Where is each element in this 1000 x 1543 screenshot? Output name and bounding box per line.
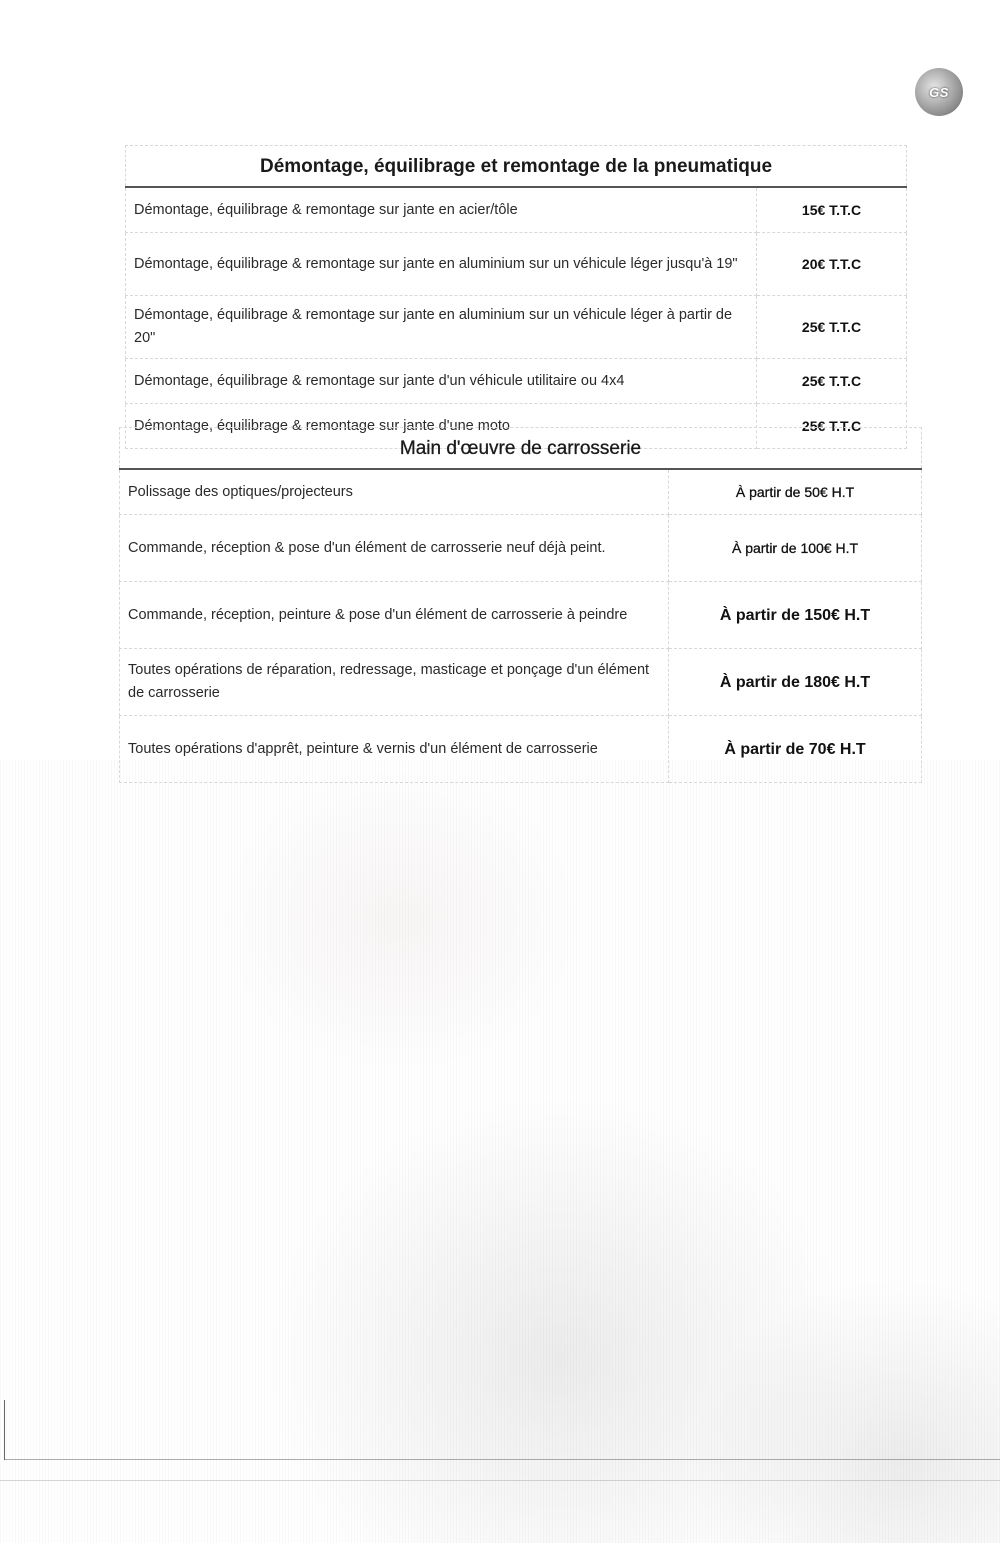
table-row: Démontage, équilibrage & remontage sur j…	[126, 187, 907, 233]
service-description: Polissage des optiques/projecteurs	[120, 469, 669, 515]
service-price: À partir de 180€ H.T	[669, 649, 922, 716]
service-price: 20€ T.T.C	[757, 233, 907, 296]
service-price: À partir de 50€ H.T	[669, 469, 922, 515]
table-row: Démontage, équilibrage & remontage sur j…	[126, 233, 907, 296]
section-title: Main d'œuvre de carrosserie	[120, 428, 922, 470]
table-row: Démontage, équilibrage & remontage sur j…	[126, 296, 907, 359]
service-price: À partir de 70€ H.T	[669, 716, 922, 783]
page-edge	[4, 1400, 5, 1460]
service-price: 15€ T.T.C	[757, 187, 907, 233]
scan-edge-line	[0, 1480, 1000, 1481]
service-description: Démontage, équilibrage & remontage sur j…	[126, 359, 757, 404]
table-row: Démontage, équilibrage & remontage sur j…	[126, 359, 907, 404]
service-description: Démontage, équilibrage & remontage sur j…	[126, 296, 757, 359]
service-price: À partir de 150€ H.T	[669, 582, 922, 649]
service-description: Démontage, équilibrage & remontage sur j…	[126, 187, 757, 233]
table-row: Toutes opérations d'apprêt, peinture & v…	[120, 716, 922, 783]
service-description: Commande, réception, peinture & pose d'u…	[120, 582, 669, 649]
bodywork-labor-price-table: Main d'œuvre de carrosserie Polissage de…	[119, 427, 922, 783]
service-description: Toutes opérations d'apprêt, peinture & v…	[120, 716, 669, 783]
service-description: Démontage, équilibrage & remontage sur j…	[126, 233, 757, 296]
service-price: 25€ T.T.C	[757, 359, 907, 404]
scan-edge-line	[5, 1459, 1000, 1460]
table-row: Polissage des optiques/projecteurs À par…	[120, 469, 922, 515]
service-price: 25€ T.T.C	[757, 296, 907, 359]
service-description: Toutes opérations de réparation, redress…	[120, 649, 669, 716]
service-description: Commande, réception & pose d'un élément …	[120, 515, 669, 582]
service-price: À partir de 100€ H.T	[669, 515, 922, 582]
section-title: Démontage, équilibrage et remontage de l…	[126, 146, 907, 188]
scan-noise	[0, 760, 1000, 1543]
gs-logo-icon: GS	[915, 68, 963, 116]
tire-services-price-table: Démontage, équilibrage et remontage de l…	[125, 145, 907, 449]
table-row: Commande, réception, peinture & pose d'u…	[120, 582, 922, 649]
table-row: Commande, réception & pose d'un élément …	[120, 515, 922, 582]
table-row: Toutes opérations de réparation, redress…	[120, 649, 922, 716]
